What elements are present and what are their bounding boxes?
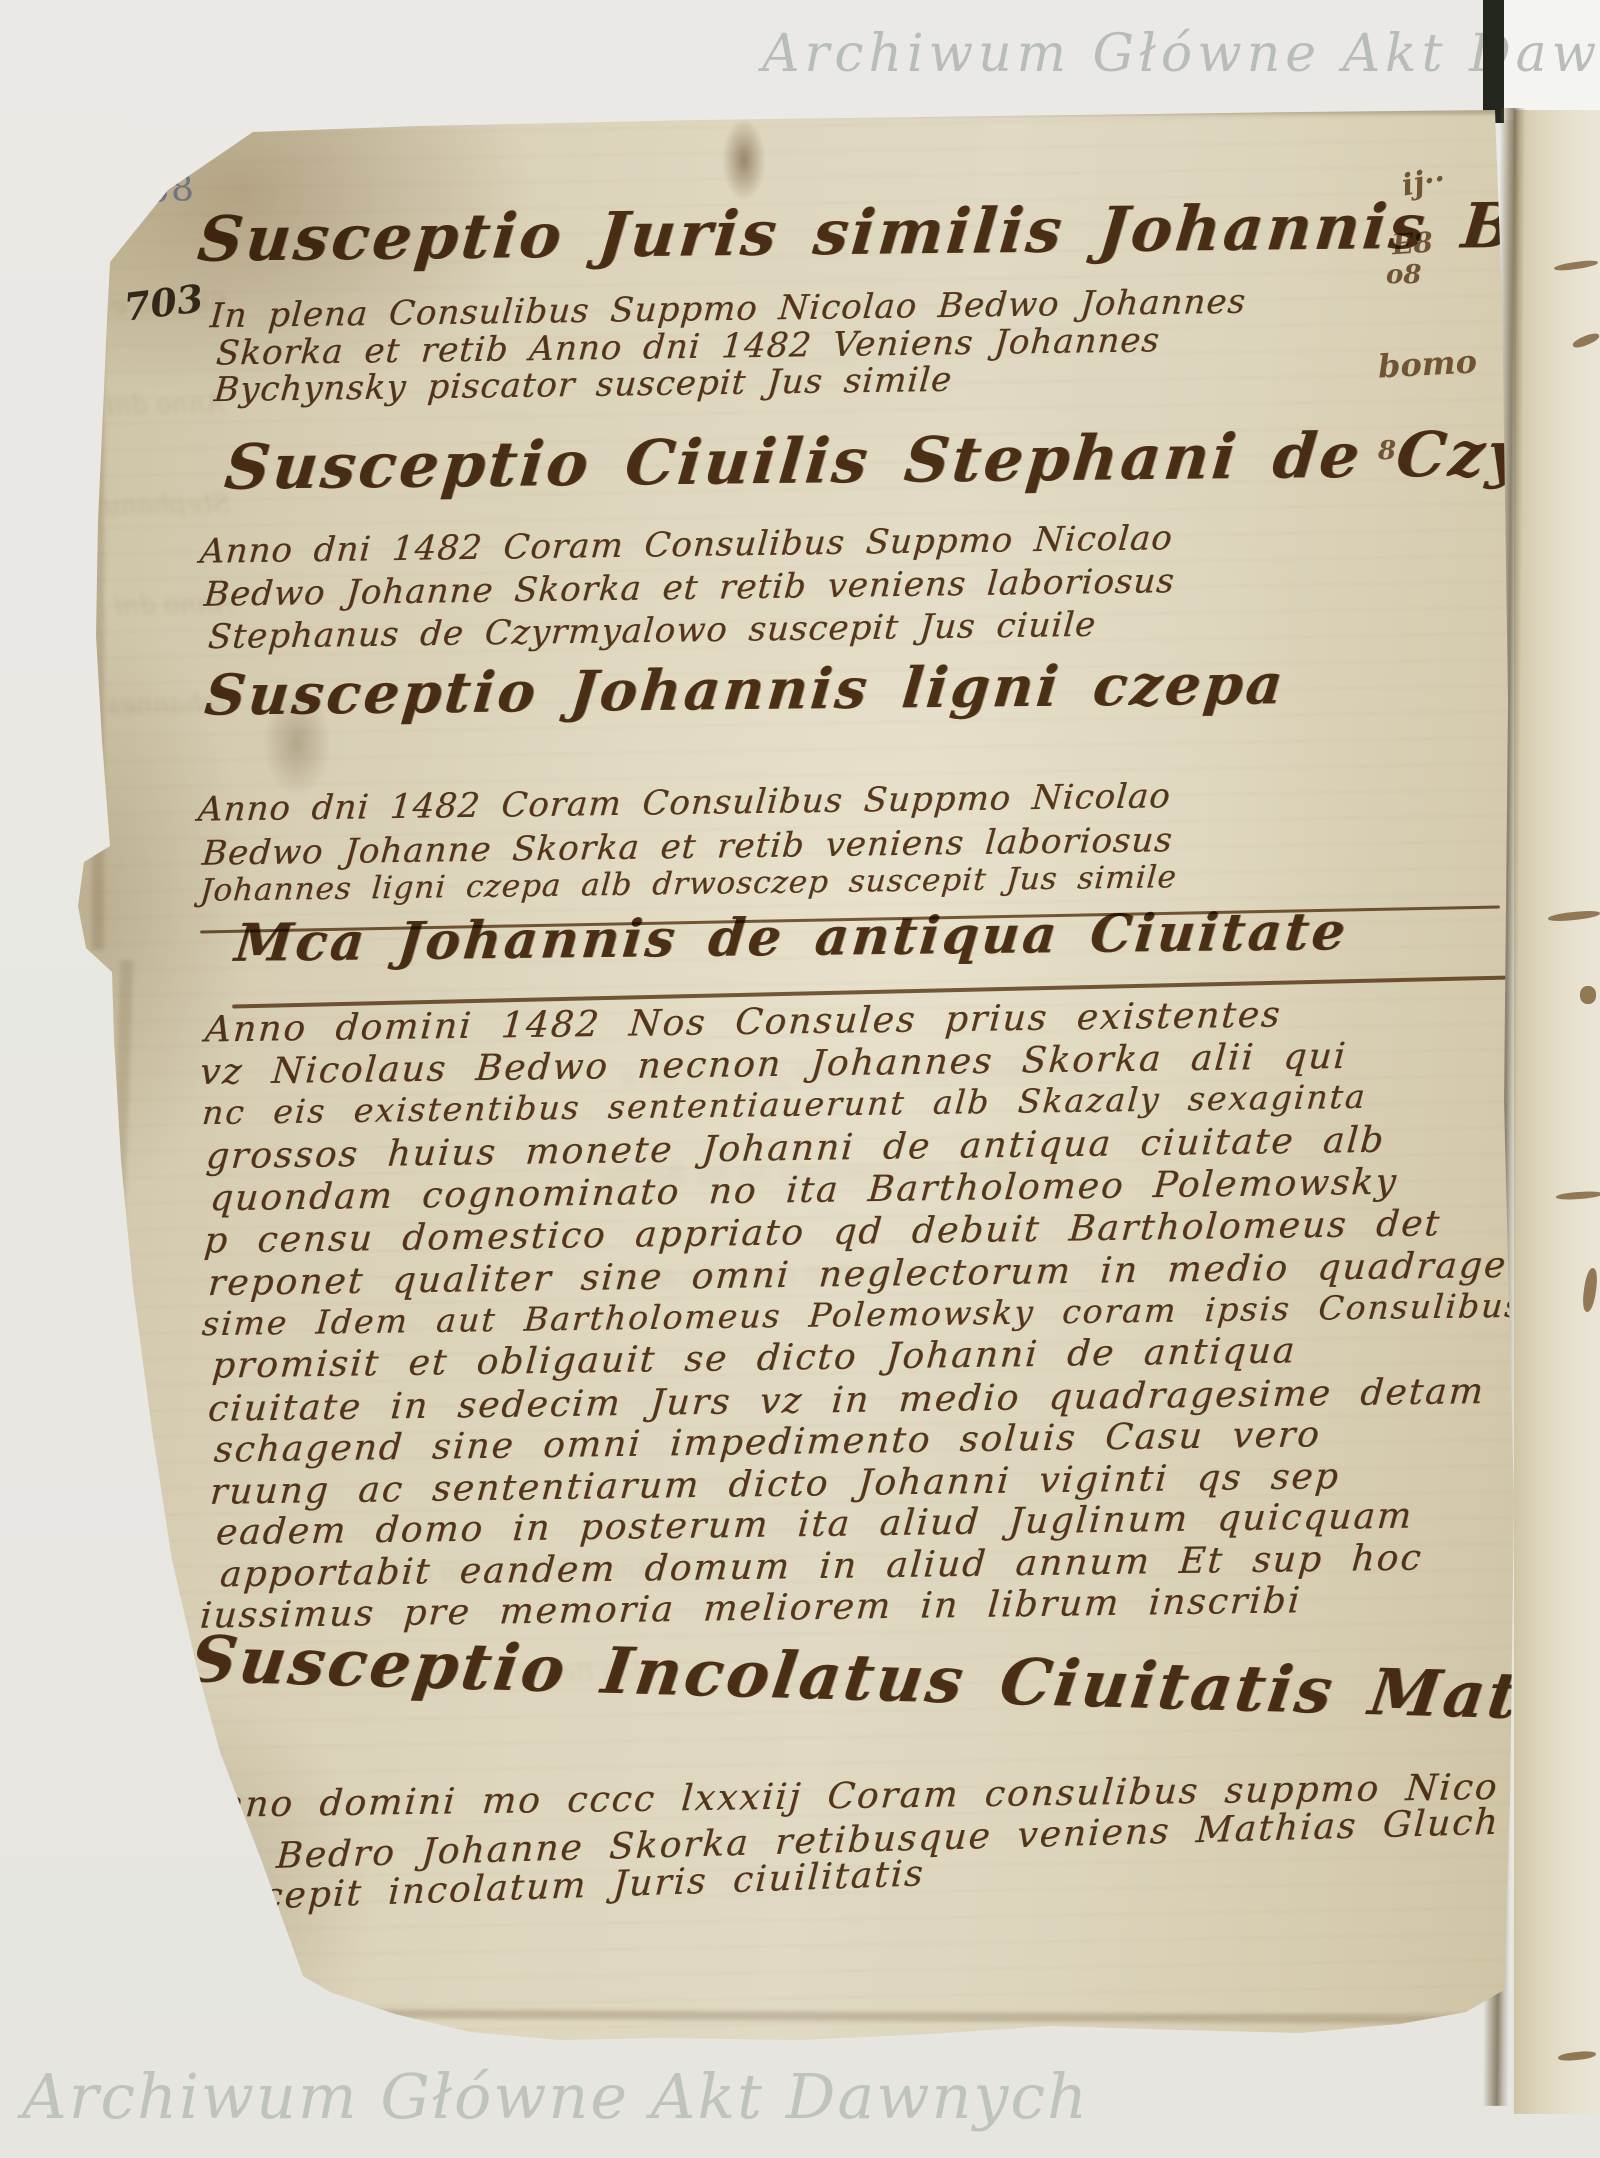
- bleed-through-text: Anno dni 1482 Coram Consulibus Suppmo Ni…: [104, 391, 224, 419]
- watermark-bottom: Archiwum Główne Akt Dawnych: [22, 2066, 1089, 2128]
- ink-blot: 8: [1378, 438, 1396, 464]
- section-heading: Mca Johannis de antiqua Ciuitate: [233, 906, 1351, 970]
- ink-mark: [1556, 1190, 1600, 1200]
- watermark-top: Archiwum Główne Akt Dawnych: [762, 28, 1600, 80]
- section-heading: Susceptio Johannis ligni czepa: [202, 656, 1288, 723]
- manuscript-page: Skorka et retib Anno dni 1482 Veniens Jo…: [0, 0, 1600, 2158]
- ink-mark: [1581, 1267, 1599, 1312]
- ink-mark: [1558, 2050, 1597, 2062]
- ink-blot: ĳ··: [1400, 164, 1448, 201]
- ink-mark: [1554, 259, 1599, 272]
- bleed-through-text: Stephanus de Czyrmyalowo suscepit Jus ci…: [100, 491, 230, 519]
- ink-mark: [1548, 909, 1600, 922]
- section-heading: Susceptio Juris similis Johannis Bychyns…: [195, 191, 1600, 270]
- ink-blot: o8: [1386, 262, 1421, 288]
- archival-scan: Archiwum Główne Akt Dawnych Skorka et re…: [0, 0, 1600, 2158]
- ink-mark: [1571, 331, 1600, 350]
- ink-mark: [1580, 986, 1596, 1004]
- binding-strip: [1483, 0, 1504, 123]
- ink-blot: E8: [1391, 229, 1434, 260]
- ink-blot: bomo: [1377, 345, 1477, 382]
- adjacent-page-edge: [1514, 110, 1600, 2114]
- record-number: 703: [122, 279, 205, 326]
- folio-number-pencil: 68: [145, 171, 197, 210]
- ink-stain: [722, 118, 766, 202]
